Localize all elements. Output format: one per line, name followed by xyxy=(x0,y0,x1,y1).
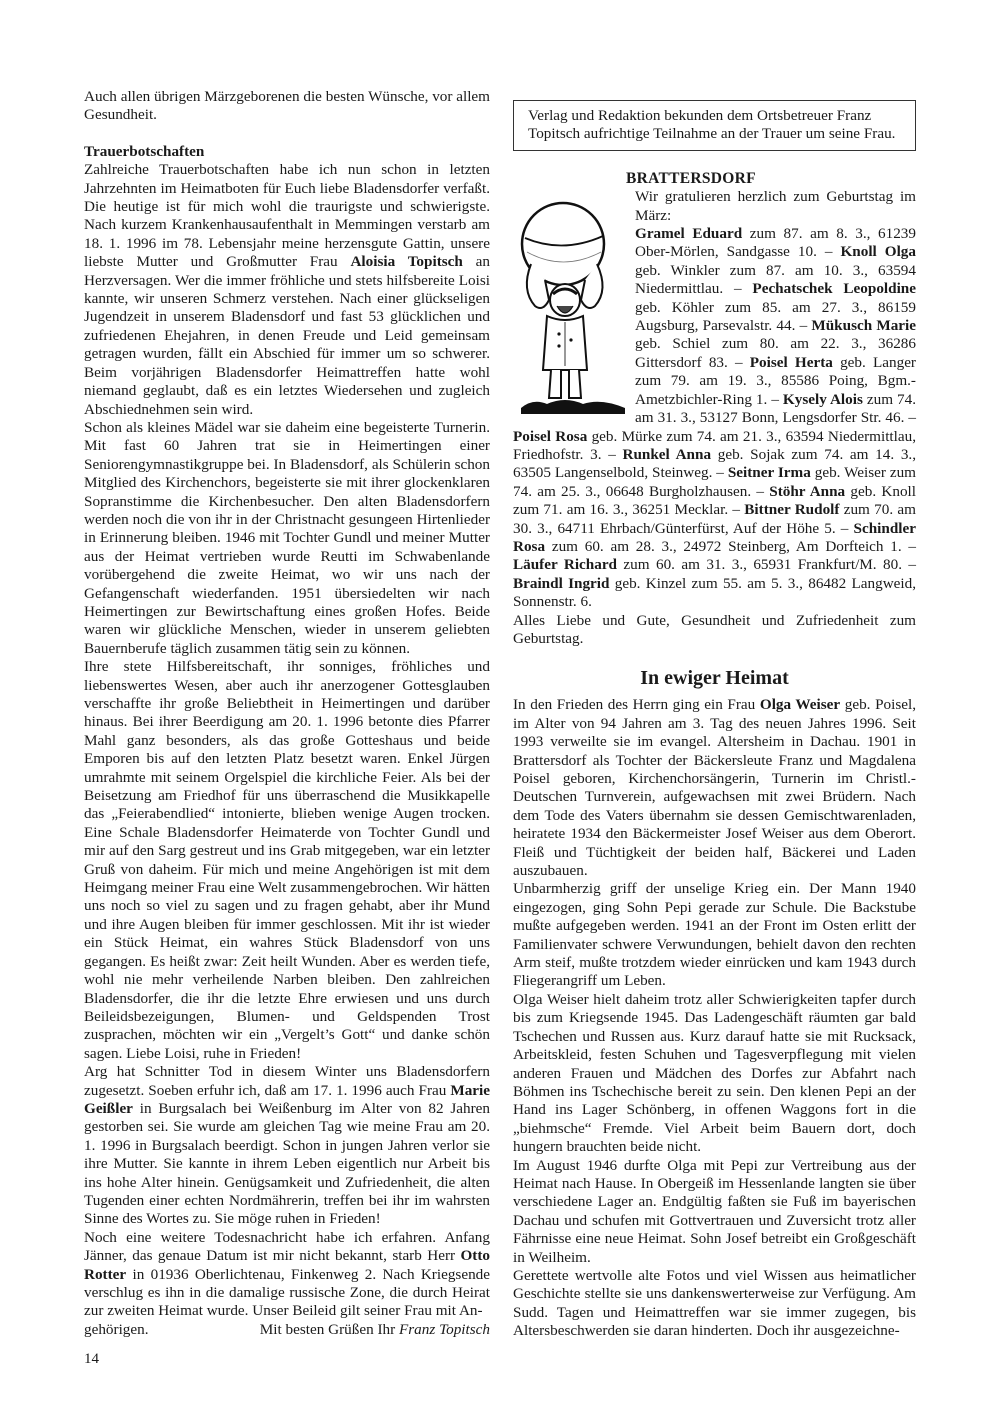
obituary-aloisia-topitsch: Zahlreiche Trauerbotschaften habe ich nu… xyxy=(84,161,490,419)
page-number: 14 xyxy=(84,1351,99,1368)
person-name: Läufer Richard xyxy=(513,556,617,573)
atlas-figure-icon xyxy=(513,194,629,418)
signature-line: gehörigen. Mit besten Grüßen Ihr Franz T… xyxy=(84,1321,490,1339)
section-title-brattersdorf: BRATTERSDORF xyxy=(626,170,916,188)
person-name: Knoll Olga xyxy=(840,243,916,260)
person-name: Aloisia Topitsch xyxy=(350,253,462,270)
person-name: Pechatschek Leopoldine xyxy=(752,280,916,297)
condolence-notice-box: Verlag und Redaktion bekunden dem Ortsbe… xyxy=(513,100,916,151)
person-name: Bittner Rudolf xyxy=(744,501,839,518)
document-page: Auch allen übrigen Märzgeborenen die bes… xyxy=(0,0,1000,1412)
person-name: Braindl Ingrid xyxy=(513,575,609,592)
person-name: Kysely Alois xyxy=(783,391,863,408)
section-title-trauerbotschaften: Trauerbotschaften xyxy=(84,143,490,161)
paragraph-youth: Schon als kleines Mädel war sie daheim e… xyxy=(84,419,490,658)
obituary-otto-rotter: Noch eine weitere Todesnachricht habe ic… xyxy=(84,1229,490,1321)
obituary-marie-geissler: Arg hat Schnitter Tod in diesem Winter u… xyxy=(84,1063,490,1229)
signature-name: Franz Topitsch xyxy=(399,1321,490,1338)
person-name: Mükusch Marie xyxy=(811,317,916,334)
signature: Mit besten Grüßen Ihr Franz Topitsch xyxy=(260,1321,490,1339)
person-name: Olga Weiser xyxy=(760,696,840,713)
person-name: Stöhr Anna xyxy=(769,483,845,500)
paragraph-war: Unbarmherzig griff der unselige Krieg ei… xyxy=(513,880,916,990)
paragraph-expulsion: Im August 1946 durfte Olga mit Pepi zur … xyxy=(513,1157,916,1267)
person-name: Runkel Anna xyxy=(622,446,711,463)
brattersdorf-birthdays: Wir gratulieren herzlich zum Geburtstag … xyxy=(513,188,916,648)
paragraph-legacy: Gerettete wertvolle alte Fotos und viel … xyxy=(513,1267,916,1341)
person-name: Gramel Eduard xyxy=(635,225,742,242)
person-name: Poisel Herta xyxy=(750,354,833,371)
paragraph-postwar: Olga Weiser hielt daheim trotz aller Sch… xyxy=(513,991,916,1157)
person-name: Poisel Rosa xyxy=(513,428,587,445)
birthday-wishes-closing: Auch allen übrigen Märzgeborenen die bes… xyxy=(84,88,490,125)
person-name: Seitner Irma xyxy=(728,464,811,481)
obituary-olga-weiser: In den Frieden des Herrn ging ein Frau O… xyxy=(513,696,916,880)
paragraph-funeral: Ihre stete Hilfsbereitschaft, ihr sonnig… xyxy=(84,658,490,1063)
right-column: Verlag und Redaktion bekunden dem Ortsbe… xyxy=(513,88,916,1341)
section-title-in-ewiger-heimat: In ewiger Heimat xyxy=(513,666,916,690)
left-column: Auch allen übrigen Märzgeborenen die bes… xyxy=(84,88,490,1339)
birthday-closing: Alles Liebe und Gute, Gesundheit und Zuf… xyxy=(513,612,916,649)
